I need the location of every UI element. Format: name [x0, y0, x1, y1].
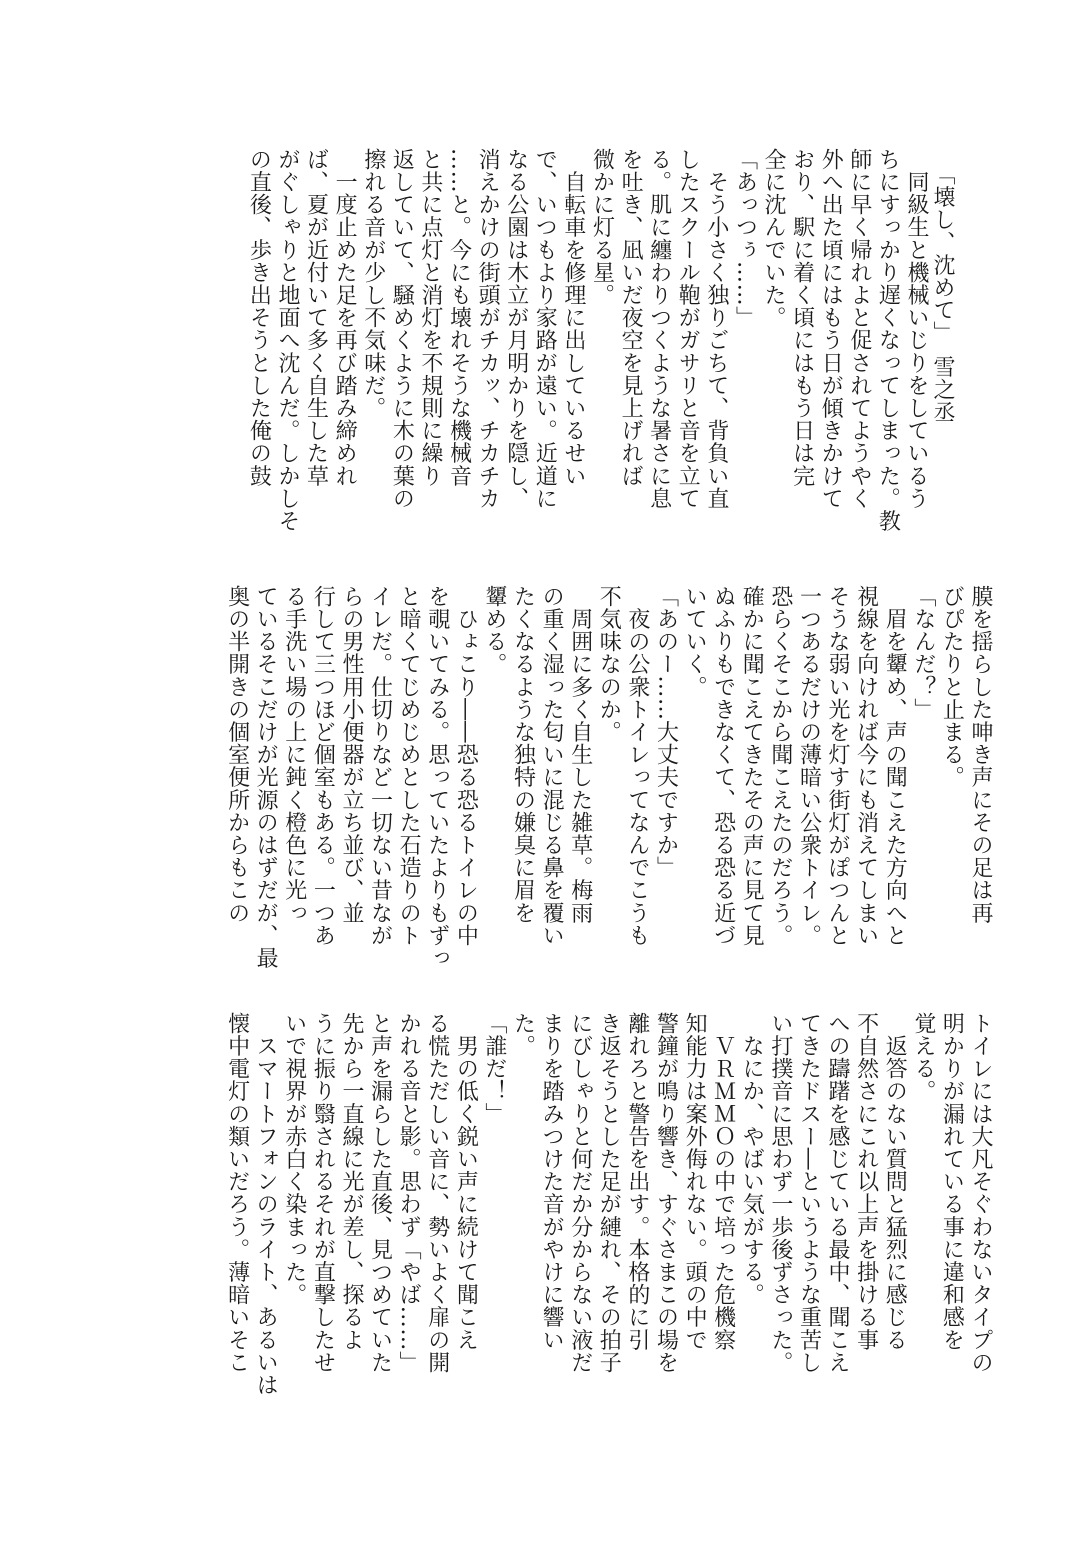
text-line: 同級生と機械いじりをしているう	[901, 148, 930, 458]
text-line: うに振り翳されるそれが直撃したせ	[308, 1012, 337, 1407]
text-line: ているそこだけが光源のはずだが、最	[251, 585, 280, 935]
text-line: 先から一直線に光が差し、探るよ	[336, 1012, 365, 1407]
text-line: そう小さく独りごちて、背負い直	[701, 148, 730, 458]
text-line: 離れろと警告を出す。本格的に引	[622, 1012, 651, 1407]
text-line: の直後、歩き出そうとした俺の鼓	[244, 148, 273, 458]
text-line: で、いつもより家路が遠い。近道に	[530, 148, 559, 458]
text-line: なる公園は木立が月明かりを隠し、	[501, 148, 530, 458]
text-line: ……と。今にも壊れそうな機械音	[444, 148, 473, 458]
text-line: と声を漏らした直後、見つめていた	[365, 1012, 394, 1407]
text-line: と共に点灯と消灯を不規則に繰り	[415, 148, 444, 458]
text-line: いで視界が赤白く染まった。	[279, 1012, 308, 1407]
text-line: 顰める。	[479, 585, 508, 935]
text-line: まりを踏みつけた音がやけに響い	[537, 1012, 566, 1407]
text-line: がぐしゃりと地面へ沈んだ。しかしそ	[272, 148, 301, 458]
text-line: 一度止めた足を再び踏み締めれ	[330, 148, 359, 458]
author-name: 雪之丞	[930, 356, 955, 424]
text-line: 膜を揺らした呻き声にその足は再	[965, 585, 994, 935]
text-line: ば、夏が近付いて多く自生した草	[301, 148, 330, 458]
text-line: 返していて、騒めくように木の葉の	[387, 148, 416, 458]
text-line: 懐中電灯の類いだろう。薄暗いそこ	[222, 1012, 251, 1407]
text-line: 男の低く鋭い声に続けて聞こえ	[451, 1012, 480, 1407]
text-line: 「なんだ？」	[908, 585, 937, 935]
text-line: への躊躇を感じている最中、聞こえ	[822, 1012, 851, 1407]
text-line: 外へ出た頃にはもう日が傾きかけて	[816, 148, 845, 458]
text-line: 眉を顰め、声の聞こえた方向へと	[880, 585, 909, 935]
text-line: 視線を向ければ今にも消えてしまい	[851, 585, 880, 935]
text-line: 周囲に多く自生した雑草。梅雨	[565, 585, 594, 935]
text-line: 「あっつぅ……」	[730, 148, 759, 458]
text-line: ぬふりもできなくて、恐る恐る近づ	[708, 585, 737, 935]
text-line: 恐らくそこから聞こえたのだろう。	[765, 585, 794, 935]
text-line: たくなるような独特の嫌臭に眉を	[508, 585, 537, 935]
text-line: 返答のない質問と猛烈に感じる	[880, 1012, 909, 1407]
text-line: と暗くてじめじめとした石造りのト	[394, 585, 423, 935]
text-line: 不自然さにこれ以上声を掛ける事	[851, 1012, 880, 1407]
story-title: 「壊し、沈めて」	[930, 163, 955, 333]
text-line: 微かに灯る星。	[587, 148, 616, 458]
text-line: 明かりが漏れている事に違和感を	[937, 1012, 966, 1407]
text-line: い打撲音に思わず一歩後ずさった。	[765, 1012, 794, 1407]
text-line: 奥の半開きの個室便所からもこの	[222, 585, 251, 935]
text-line: 行して三つほど個室もある。一つあ	[308, 585, 337, 935]
title-spacer	[930, 333, 955, 356]
text-line: てきたドスー―というような重苦し	[794, 1012, 823, 1407]
text-line: る慌ただしい音に、勢いよく扉の開	[422, 1012, 451, 1407]
text-line: 「あのー……大丈夫ですか」	[651, 585, 680, 935]
text-line: 知能力は案外侮れない。頭の中で	[679, 1012, 708, 1407]
text-line: おり、駅に着く頃にはもう日は完	[787, 148, 816, 458]
text-line: ちにすっかり遅くなってしまった。教	[873, 148, 902, 458]
text-line: いていく。	[679, 585, 708, 935]
text-line: にびしゃりと何だか分からない液だ	[565, 1012, 594, 1407]
text-band-top: 同級生と機械いじりをしているうちにすっかり遅くなってしまった。教師に早く帰れよと…	[244, 148, 930, 458]
text-line: 消えかけの街頭がチカッ、チカチカ	[473, 148, 502, 458]
text-line: かれる音と影。思わず「やば……」	[394, 1012, 423, 1407]
text-line: 自転車を修理に出しているせい	[558, 148, 587, 458]
text-line: 擦れる音が少し不気味だ。	[358, 148, 387, 458]
text-line: トイレには大凡そぐわないタイプの	[965, 1012, 994, 1407]
text-line: き返そうとした足が縺れ、その拍子	[594, 1012, 623, 1407]
text-line: た。	[508, 1012, 537, 1407]
story-title-column: 「壊し、沈めて」 雪之丞	[928, 148, 984, 423]
text-line: イレだ。仕切りなど一切ない昔なが	[365, 585, 394, 935]
text-line: そうな弱い光を灯す街灯がぽつんと	[822, 585, 851, 935]
text-line: る。肌に纏わりつくような暑さに息	[644, 148, 673, 458]
text-line: る手洗い場の上に鈍く橙色に光っ	[279, 585, 308, 935]
text-line: ひょこり――恐る恐るトイレの中	[451, 585, 480, 935]
text-line: 「誰だ！」	[479, 1012, 508, 1407]
text-line: 不気味なのか。	[594, 585, 623, 935]
text-line: したスクール鞄がガサリと音を立て	[673, 148, 702, 458]
text-line: 全に沈んでいた。	[758, 148, 787, 458]
text-line: らの男性用小便器が立ち並び、並	[336, 585, 365, 935]
text-line: なにか、やばい気がする。	[737, 1012, 766, 1407]
text-band-bottom: トイレには大凡そぐわないタイプの明かりが漏れている事に違和感を覚える。 返答のな…	[222, 1012, 994, 1407]
text-line: の重く湿った匂いに混じる鼻を覆い	[537, 585, 566, 935]
text-line: 警鐘が鳴り響き、すぐさまこの場を	[651, 1012, 680, 1407]
text-line: 覚える。	[908, 1012, 937, 1407]
text-band-middle: 膜を揺らした呻き声にその足は再びぴたりと止まる。「なんだ？」 眉を顰め、声の聞こ…	[222, 585, 994, 935]
text-line: を覗いてみる。思っていたよりもずっ	[422, 585, 451, 935]
text-line: スマートフォンのライト、あるいは	[251, 1012, 280, 1407]
text-line: ＶＲＭＭＯの中で培った危機察	[708, 1012, 737, 1407]
text-line: 確かに聞こえてきたその声に見て見	[737, 585, 766, 935]
text-line: 一つあるだけの薄暗い公衆トイレ。	[794, 585, 823, 935]
text-line: を吐き、凪いだ夜空を見上げれば	[615, 148, 644, 458]
text-line: 夜の公衆トイレってなんでこうも	[622, 585, 651, 935]
text-line: 師に早く帰れよと促されてようやく	[844, 148, 873, 458]
text-line: びぴたりと止まる。	[937, 585, 966, 935]
